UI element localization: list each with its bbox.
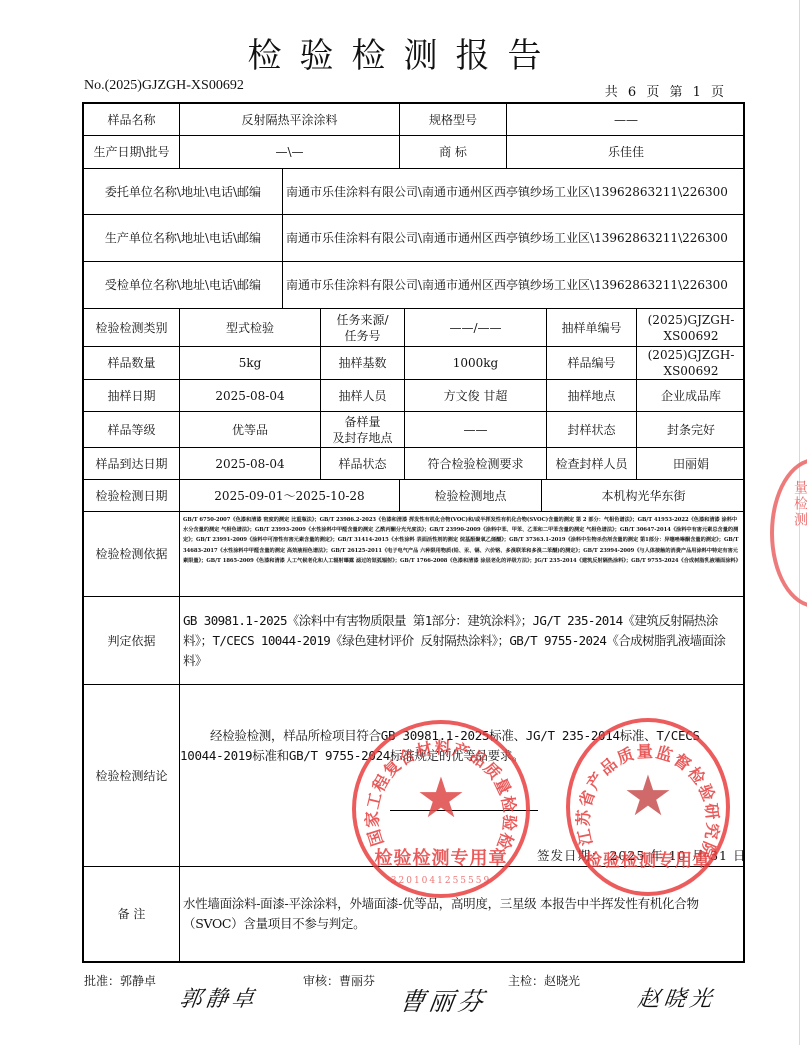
side-stamp-text: 量检测 <box>790 480 807 528</box>
conclusion-text: 经检验检测，样品所检项目符合GB 30981.1-2025标准、JG/T 235… <box>178 726 743 766</box>
info-row-0-value-c: (2025)GJZGH- XS00692 <box>637 309 745 347</box>
basis-label: 检验检测依据 <box>84 512 180 597</box>
judge-standards: GB 30981.1-2025《涂料中有害物质限量 第1部分：建筑涂料》；JG/… <box>180 597 745 685</box>
main-inspector-signature: 赵晓光 <box>636 982 718 1013</box>
info-row-3-label-a: 样品等级 <box>84 412 180 448</box>
info-row-4-value-b: 符合检验检测要求 <box>405 448 547 480</box>
info-row-3-label-c: 封样状态 <box>547 412 637 448</box>
info-row-1-label-a: 样品数量 <box>84 347 180 380</box>
remark-label: 备 注 <box>84 867 180 961</box>
info-row-0-label-c: 抽样单编号 <box>547 309 637 347</box>
info-row-4-label-b: 样品状态 <box>321 448 405 480</box>
reviewer-signature: 曹丽芬 <box>397 982 489 1018</box>
basis-standards: GB/T 6750-2007《色漆和清漆 密度的测定 比重瓶法》；GB/T 23… <box>180 512 745 597</box>
main-inspector-label: 主检：赵晓光 <box>508 972 580 989</box>
client-label: 委托单位名称\地址\电话\邮编 <box>84 169 283 215</box>
test-date-label: 检验检测日期 <box>84 480 180 512</box>
info-row-2-label-a: 抽样日期 <box>84 380 180 412</box>
info-row-3-value-b: —— <box>405 412 547 448</box>
inspected-label: 受检单位名称\地址\电话\邮编 <box>84 262 283 309</box>
info-row-3-label-b: 备样量 及封存地点 <box>321 412 405 448</box>
info-row-1-value-c: (2025)GJZGH- XS00692 <box>637 347 745 380</box>
sample-name: 反射隔热平涂涂料 <box>180 104 400 136</box>
producer-label: 生产单位名称\地址\电话\邮编 <box>84 215 283 262</box>
remark-text: 水性墙面涂料-面漆-平涂涂料，外墙面漆-优等品，高明度，三星级 本报告中半挥发性… <box>180 867 745 961</box>
test-date: 2025-09-01～2025-10-28 <box>180 480 400 512</box>
brand-value: 乐佳佳 <box>507 136 745 169</box>
info-row-3-value-a: 优等品 <box>180 412 321 448</box>
conclusion-label: 检验检测结论 <box>84 685 180 867</box>
info-row-4-value-a: 2025-08-04 <box>180 448 321 480</box>
report-title: 检验检测报告 <box>0 28 807 77</box>
info-row-4-value-c: 田丽娟 <box>637 448 745 480</box>
conclusion-cell <box>180 685 745 867</box>
info-row-0-label-a: 检验检测类别 <box>84 309 180 347</box>
info-row-2-value-b: 方文俊 甘超 <box>405 380 547 412</box>
spec-label: 规格型号 <box>400 104 507 136</box>
sample-name-label: 样品名称 <box>84 104 180 136</box>
brand-label: 商 标 <box>400 136 507 169</box>
info-row-1-label-b: 抽样基数 <box>321 347 405 380</box>
info-row-0-value-b: ——/—— <box>405 309 547 347</box>
info-row-4-label-a: 样品到达日期 <box>84 448 180 480</box>
judge-label: 判定依据 <box>84 597 180 685</box>
prod-date: —\— <box>180 136 400 169</box>
info-row-2-label-b: 抽样人员 <box>321 380 405 412</box>
info-row-0-label-b: 任务来源/ 任务号 <box>321 309 405 347</box>
info-row-1-value-a: 5kg <box>180 347 321 380</box>
issue-date: 签发日期： 2025 年 10 月 31 日 <box>537 846 746 864</box>
signature-line <box>390 810 538 811</box>
info-row-2-value-a: 2025-08-04 <box>180 380 321 412</box>
reviewer-label: 审核：曹丽芬 <box>303 972 375 989</box>
client-info: 南通市乐佳涂料有限公司\南通市通州区西亭镇纱场工业区\13962863211\2… <box>283 169 745 215</box>
spec-value: —— <box>507 104 745 136</box>
info-row-3-value-c: 封条完好 <box>637 412 745 448</box>
inspected-info: 南通市乐佳涂料有限公司\南通市通州区西亭镇纱场工业区\13962863211\2… <box>283 262 745 309</box>
test-place: 本机构光华东街 <box>542 480 745 512</box>
info-row-1-value-b: 1000kg <box>405 347 547 380</box>
page-info: 共 6 页 第 1 页 <box>605 81 727 100</box>
test-place-label: 检验检测地点 <box>400 480 542 512</box>
report-table: 样品名称 反射隔热平涂涂料 规格型号 —— 生产日期\批号 —\— 商 标 乐佳… <box>82 102 745 963</box>
info-row-1-label-c: 样品编号 <box>547 347 637 380</box>
info-row-2-label-c: 抽样地点 <box>547 380 637 412</box>
prod-date-label: 生产日期\批号 <box>84 136 180 169</box>
info-row-2-value-c: 企业成品库 <box>637 380 745 412</box>
info-row-4-label-c: 检查封样人员 <box>547 448 637 480</box>
info-row-0-value-a: 型式检验 <box>180 309 321 347</box>
approver-label: 批准：郭静卓 <box>84 972 156 989</box>
producer-info: 南通市乐佳涂料有限公司\南通市通州区西亭镇纱场工业区\13962863211\2… <box>283 215 745 262</box>
approver-signature: 郭静卓 <box>178 982 260 1013</box>
report-number: No.(2025)GJZGH-XS00692 <box>84 78 244 94</box>
